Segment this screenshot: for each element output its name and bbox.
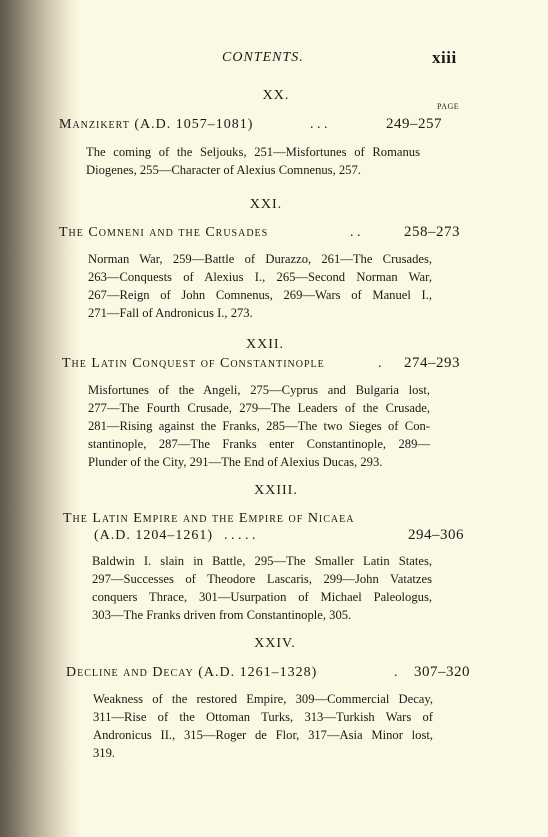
running-title: CONTENTS. [222, 50, 304, 66]
chapter-summary: The coming of the Seljouks, 251—Misfortu… [86, 143, 420, 179]
leader-dots: . . [350, 225, 361, 241]
summary-line: 303—The Franks driven from Constantinopl… [92, 606, 432, 624]
contents-page: CONTENTS. xiii PAGE XX. Manzikert (A.D. … [0, 0, 548, 837]
chapter-title: The Comneni and the Crusades [59, 225, 268, 241]
summary-line: 297—Successes of Theodore Lascaris, 299—… [92, 570, 432, 588]
chapter-summary: Baldwin I. slain in Battle, 295—The Smal… [92, 552, 432, 624]
summary-line: 267—Reign of John Comnenus, 269—Wars of … [88, 286, 432, 304]
page-range: 274–293 [404, 355, 460, 372]
page-range: 294–306 [408, 527, 464, 544]
summary-line: stantinople, 287—The Franks enter Consta… [88, 435, 430, 453]
summary-line: Norman War, 259—Battle of Durazzo, 261—T… [88, 250, 432, 268]
chapter-number: XXIV. [240, 636, 310, 652]
chapter-number: XX. [246, 88, 306, 104]
chapter-number: XXIII. [236, 483, 316, 499]
summary-line: 277—The Fourth Crusade, 279—The Leaders … [88, 399, 430, 417]
page-column-label: PAGE [437, 102, 459, 111]
chapter-title: The Latin Conquest of Constantinople [62, 356, 325, 372]
chapter-title: Manzikert (A.D. 1057–1081) [59, 117, 253, 133]
chapter-summary: Norman War, 259—Battle of Durazzo, 261—T… [88, 250, 432, 322]
summary-line: Andronicus II., 315—Roger de Flor, 317—A… [93, 726, 433, 744]
summary-line: 263—Conquests of Alexius I., 265—Second … [88, 268, 432, 286]
chapter-title: Decline and Decay (A.D. 1261–1328) [66, 665, 317, 681]
page-range: 249–257 [386, 116, 442, 133]
leader-dots: . . . . . [224, 528, 256, 544]
page-range: 307–320 [414, 664, 470, 681]
chapter-title: The Latin Empire and the Empire of Nicae… [63, 511, 354, 527]
leader-dots: . . . [310, 117, 328, 133]
summary-line: 319. [93, 744, 433, 762]
page-range: 258–273 [404, 224, 460, 241]
summary-line: conquers Thrace, 301—Usurpation of Micha… [92, 588, 432, 606]
summary-line: 271—Fall of Andronicus I., 273. [88, 304, 432, 322]
chapter-summary: Weakness of the restored Empire, 309—Com… [93, 690, 433, 762]
chapter-number: XXII. [230, 337, 300, 353]
summary-line: Plunder of the City, 291—The End of Alex… [88, 453, 430, 471]
chapter-title-dates: (A.D. 1204–1261) [94, 528, 213, 544]
chapter-summary: Misfortunes of the Angeli, 275—Cyprus an… [88, 381, 430, 471]
summary-line: Weakness of the restored Empire, 309—Com… [93, 690, 433, 708]
summary-line: 311—Rise of the Ottoman Turks, 313—Turki… [93, 708, 433, 726]
leader-dots: . [394, 665, 398, 681]
summary-line: Baldwin I. slain in Battle, 295—The Smal… [92, 552, 432, 570]
chapter-number: XXI. [236, 197, 296, 213]
leader-dots: . [378, 356, 382, 372]
summary-line: 281—Rising against the Franks, 285—The t… [88, 417, 430, 435]
summary-line: The coming of the Seljouks, 251—Misfortu… [86, 143, 420, 161]
summary-line: Misfortunes of the Angeli, 275—Cyprus an… [88, 381, 430, 399]
page-number: xiii [432, 48, 457, 68]
summary-line: Diogenes, 255—Character of Alexius Comne… [86, 161, 420, 179]
